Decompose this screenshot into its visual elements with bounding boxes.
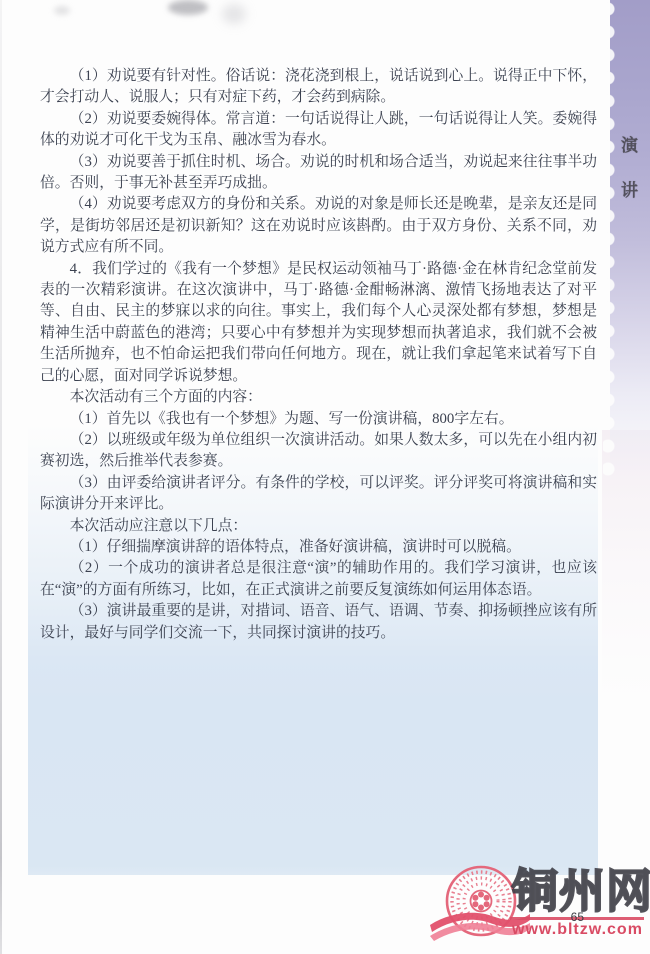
scan-smudge [168,0,208,15]
paragraph-persuasion-point-1: （1）劝说要有针对性。俗话说：浇花浇到根上，说话说到心上。说得正中下怀，才会打动… [40,66,597,109]
chapter-side-tab [610,0,650,480]
page-edge-shadow [0,0,2,954]
site-watermark: 铜州网 www.bltzw.com [428,864,648,950]
paragraph-activity-note-2: （2）一个成功的演讲者总是很注意“演”的辅助作用的。我们学习演讲，也应该在“演”… [40,558,597,601]
watermark-site-name: 铜州网 [512,866,644,916]
chapter-tab-label: 演 讲 [621,131,638,201]
paragraph-activity-4-intro: 4．我们学过的《我有一个梦想》是民权运动领袖马丁·路德·金在林肯纪念堂前发表的一… [40,259,597,387]
paragraph-activity-notes-heading: 本次活动应注意以下几点： [40,516,597,537]
paragraph-activity-content-3: （3）由评委给演讲者评分。有条件的学校，可以评奖。评分评奖可将演讲稿和实际演讲分… [40,473,597,516]
paragraph-activity-contents-heading: 本次活动有三个方面的内容： [40,387,597,408]
paragraph-activity-content-2: （2）以班级或年级为单位组织一次演讲活动。如果人数太多，可以先在小组内初赛初选，… [40,430,597,473]
chapter-tab-char-2: 讲 [621,176,638,201]
paragraph-activity-content-1: （1）首先以《我也有一个梦想》为题、写一份演讲稿，800字左右。 [40,409,597,430]
paragraph-persuasion-point-2: （2）劝说要委婉得体。常言道：一句话说得让人跳，一句话说得让人笑。委婉得体的劝说… [40,109,597,152]
paragraph-activity-note-3: （3）演讲最重要的是讲，对措词、语音、语气、语调、节奏、抑扬顿挫应该有所设计，最… [40,601,597,644]
scan-smudge [54,6,70,15]
paragraph-activity-note-1: （1）仔细揣摩演讲辞的语体特点，准备好演讲稿，演讲时可以脱稿。 [40,537,597,558]
page-body-text: （1）劝说要有针对性。俗话说：浇花浇到根上，说话说到心上。说得正中下怀，才会打动… [40,66,597,644]
textbook-page-scan: { "side_tab": { "chars": ["演", "讲"] }, "… [0,0,650,954]
paragraph-persuasion-point-4: （4）劝说要考虑双方的身份和关系。劝说的对象是师长还是晚辈，是亲友还是同学，是街… [40,194,597,258]
paragraph-persuasion-point-3: （3）劝说要善于抓住时机、场合。劝说的时机和场合适当，劝说起来往往事半功倍。否则… [40,152,597,195]
page-number: 65 [571,910,584,924]
chapter-tab-char-1: 演 [621,131,638,156]
scan-smudge [222,4,246,24]
